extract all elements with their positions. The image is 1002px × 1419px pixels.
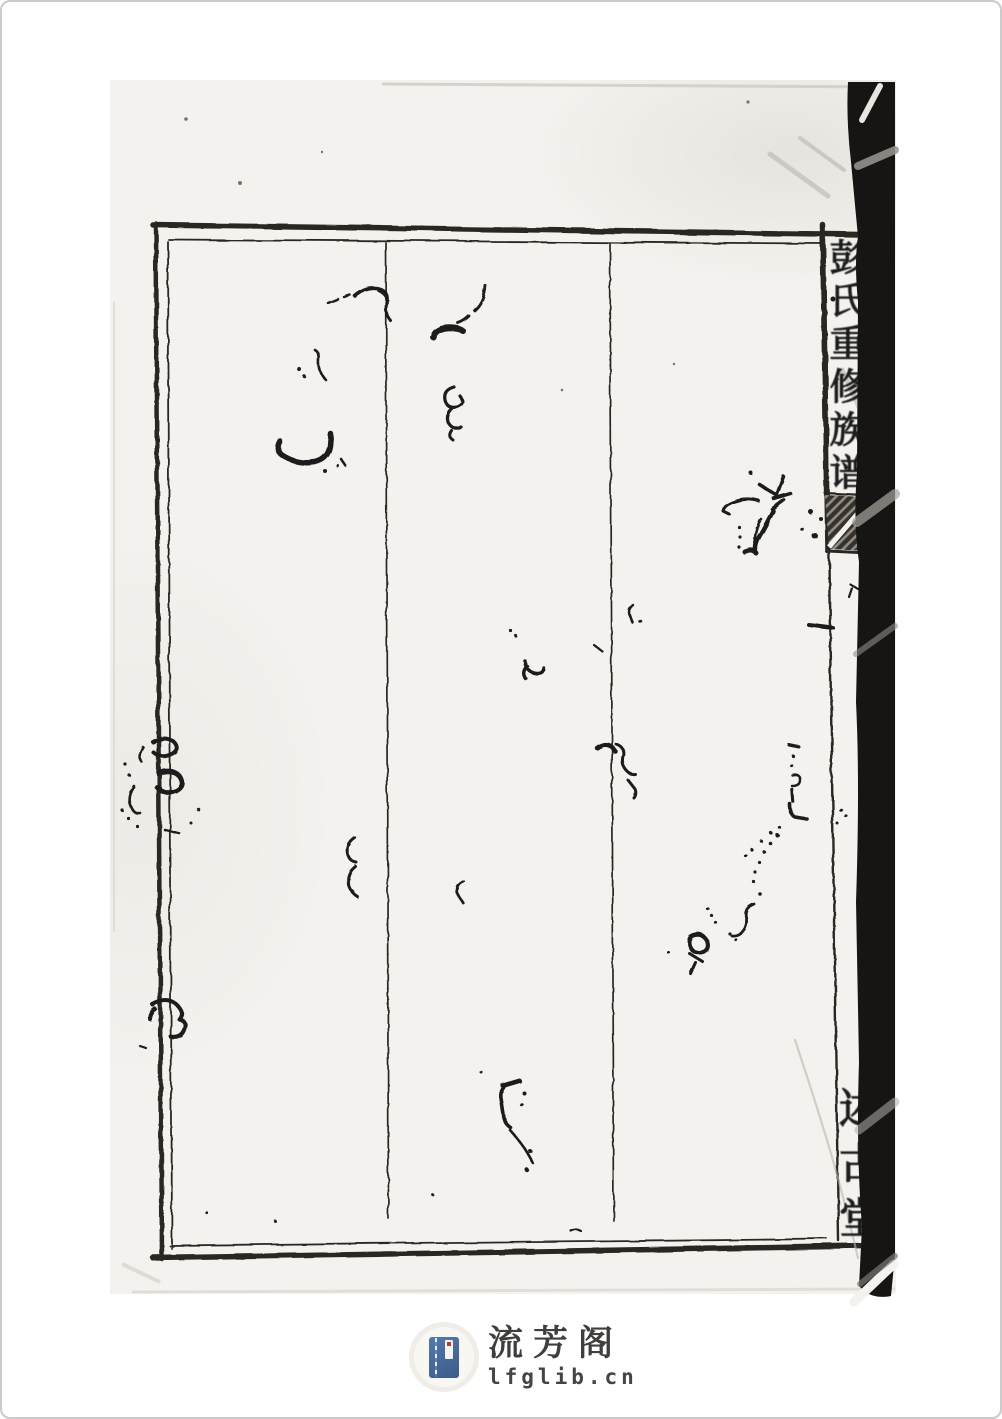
- site-watermark: 流芳阁 lfglib.cn: [414, 1326, 638, 1388]
- book-label-detail: [445, 1340, 453, 1359]
- book-edge-shadow-band: [2, 2, 1002, 1419]
- watermark-site-name: 流芳阁: [488, 1326, 638, 1361]
- watermark-site-url: lfglib.cn: [488, 1367, 638, 1388]
- book-icon: [429, 1337, 459, 1378]
- book-stitch-detail: [435, 1338, 437, 1377]
- edge-band-shape: [847, 82, 895, 1297]
- scanned-page-view: 彭氏重修族谱 述古堂 流芳阁 lfglib.cn: [0, 0, 1002, 1419]
- watermark-badge: [414, 1327, 474, 1387]
- watermark-texts: 流芳阁 lfglib.cn: [488, 1326, 638, 1388]
